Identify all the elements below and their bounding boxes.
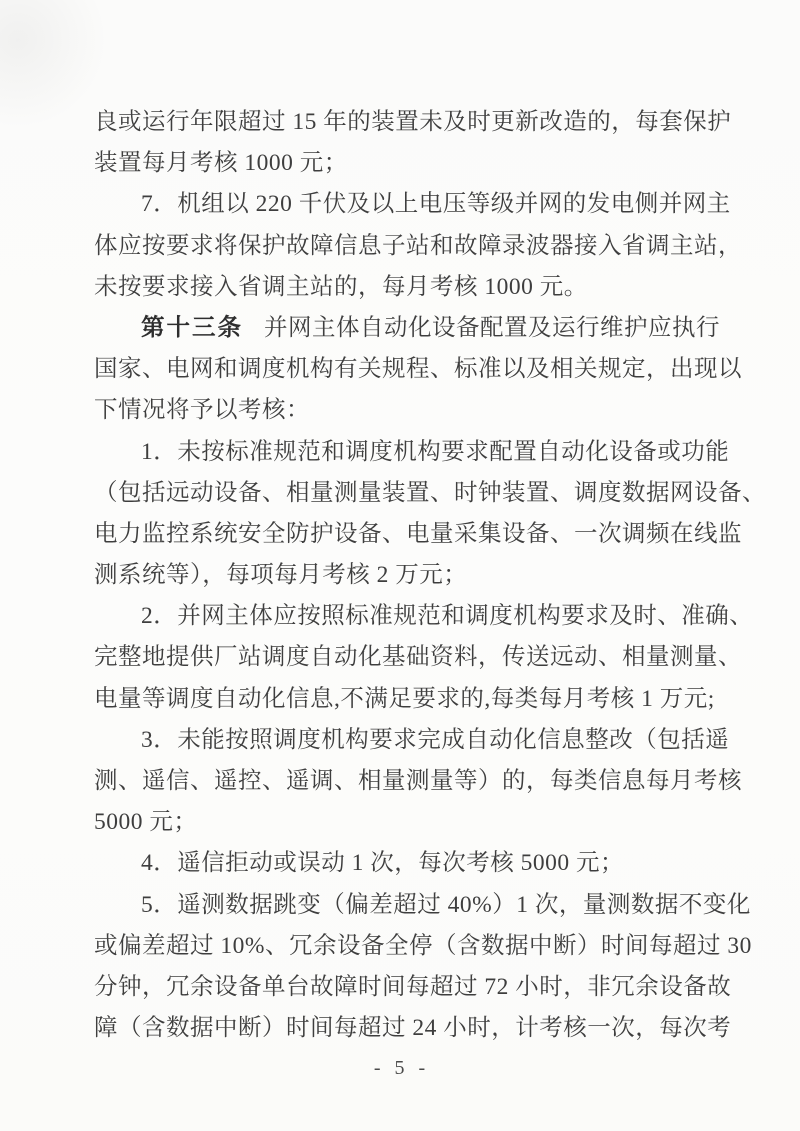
text-line: 体应按要求将保护故障信息子站和故障录波器接入省调主站， [94,226,712,267]
text-line: 测系统等），每项每月考核 2 万元； [94,555,712,596]
text-line: 完整地提供厂站调度自动化基础资料，传送远动、相量测量、 [94,637,712,678]
text-line: 2．并网主体应按照标准规范和调度机构要求及时、准确、 [94,596,712,637]
text-line: 或偏差超过 10%、冗余设备全停（含数据中断）时间每超过 30 [94,926,712,967]
text-line: 分钟，冗余设备单台故障时间每超过 72 小时，非冗余设备故 [94,967,712,1008]
text-line: 未按要求接入省调主站的，每月考核 1000 元。 [94,267,712,308]
text-line: 4．遥信拒动或误动 1 次，每次考核 5000 元； [94,843,712,884]
document-page: 良或运行年限超过 15 年的装置未及时更新改造的，每套保护 装置每月考核 100… [0,0,800,1131]
text-line: 电量等调度自动化信息,不满足要求的,每类每月考核 1 万元; [94,679,712,720]
clause-text: 并网主体自动化设备配置及运行维护应执行 [264,315,720,341]
text-line: 电力监控系统安全防护设备、电量采集设备、一次调频在线监 [94,514,712,555]
text-line: 障（含数据中断）时间每超过 24 小时，计考核一次，每次考 [94,1008,712,1049]
text-line: 1．未按标准规范和调度机构要求配置自动化设备或功能 [94,432,712,473]
text-line: 5．遥测数据跳变（偏差超过 40%）1 次，量测数据不变化 [94,885,712,926]
text-line: （包括远动设备、相量测量装置、时钟装置、调度数据网设备、 [94,473,712,514]
text-line: 下情况将予以考核： [94,390,712,431]
text-line: 7．机组以 220 千伏及以上电压等级并网的发电侧并网主 [94,184,712,225]
text-line: 国家、电网和调度机构有关规程、标准以及相关规定，出现以 [94,349,712,390]
text-line: 装置每月考核 1000 元； [94,143,712,184]
clause-number: 第十三条 [141,315,243,341]
text-line: 5000 元； [94,802,712,843]
text-line: 良或运行年限超过 15 年的装置未及时更新改造的，每套保护 [94,102,712,143]
page-number: - 5 - [0,1057,800,1080]
text-block: 良或运行年限超过 15 年的装置未及时更新改造的，每套保护 装置每月考核 100… [94,102,712,1049]
text-line: 3．未能按照调度机构要求完成自动化信息整改（包括遥 [94,720,712,761]
text-line: 测、遥信、遥控、遥调、相量测量等）的，每类信息每月考核 [94,761,712,802]
text-line-clause-heading: 第十三条并网主体自动化设备配置及运行维护应执行 [94,308,712,349]
